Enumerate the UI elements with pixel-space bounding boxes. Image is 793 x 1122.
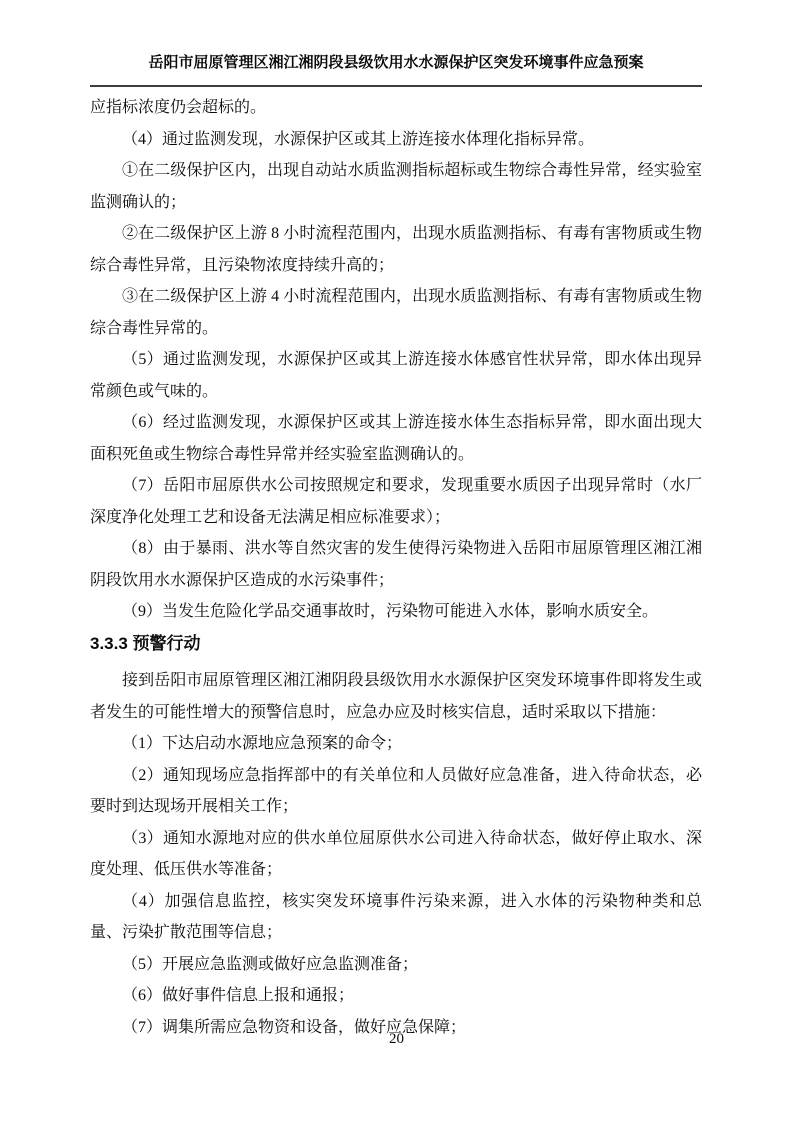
header-divider <box>90 85 702 87</box>
paragraph: （5）通过监测发现，水源保护区或其上游连接水体感官性状异常，即水体出现异常颜色或… <box>90 344 702 407</box>
paragraph: ②在二级保护区上游 8 小时流程范围内，出现水质监测指标、有毒有害物质或生物综合… <box>90 218 702 281</box>
page-footer: 20 <box>0 1029 793 1049</box>
paragraph: （4）加强信息监控，核实突发环境事件污染来源，进入水体的污染物种类和总量、污染扩… <box>90 886 702 949</box>
paragraph: （9）当发生危险化学品交通事故时，污染物可能进入水体，影响水质安全。 <box>90 596 702 628</box>
paragraph: （3）通知水源地对应的供水单位屈原供水公司进入待命状态，做好停止取水、深度处理、… <box>90 823 702 886</box>
page-number: 20 <box>389 1031 404 1047</box>
paragraph: ①在二级保护区内，出现自动站水质监测指标超标或生物综合毒性异常，经实验室监测确认… <box>90 155 702 218</box>
document-title: 岳阳市屈原管理区湘江湘阴段县级饮用水水源保护区突发环境事件应急预案 <box>90 53 702 73</box>
paragraph: 应指标浓度仍会超标的。 <box>90 92 702 124</box>
document-body: 应指标浓度仍会超标的。（4）通过监测发现，水源保护区或其上游连接水体理化指标异常… <box>90 92 702 1043</box>
paragraph: （6）做好事件信息上报和通报； <box>90 980 702 1012</box>
page-header: 岳阳市屈原管理区湘江湘阴段县级饮用水水源保护区突发环境事件应急预案 <box>90 53 702 73</box>
paragraph: （4）通过监测发现，水源保护区或其上游连接水体理化指标异常。 <box>90 124 702 156</box>
paragraph: （7）岳阳市屈原供水公司按照规定和要求，发现重要水质因子出现异常时（水厂深度净化… <box>90 470 702 533</box>
paragraph: （6）经过监测发现，水源保护区或其上游连接水体生态指标异常，即水面出现大面积死鱼… <box>90 407 702 470</box>
paragraph: 接到岳阳市屈原管理区湘江湘阴段县级饮用水水源保护区突发环境事件即将发生或者发生的… <box>90 665 702 728</box>
paragraph: ③在二级保护区上游 4 小时流程范围内，出现水质监测指标、有毒有害物质或生物综合… <box>90 281 702 344</box>
paragraph: （1）下达启动水源地应急预案的命令； <box>90 728 702 760</box>
paragraph: （2）通知现场应急指挥部中的有关单位和人员做好应急准备，进入待命状态，必要时到达… <box>90 760 702 823</box>
document-page: 岳阳市屈原管理区湘江湘阴段县级饮用水水源保护区突发环境事件应急预案 应指标浓度仍… <box>0 0 793 1122</box>
section-heading: 3.3.3 预警行动 <box>90 628 702 660</box>
paragraph: （5）开展应急监测或做好应急监测准备； <box>90 949 702 981</box>
paragraph: （8）由于暴雨、洪水等自然灾害的发生使得污染物进入岳阳市屈原管理区湘江湘阴段饮用… <box>90 533 702 596</box>
